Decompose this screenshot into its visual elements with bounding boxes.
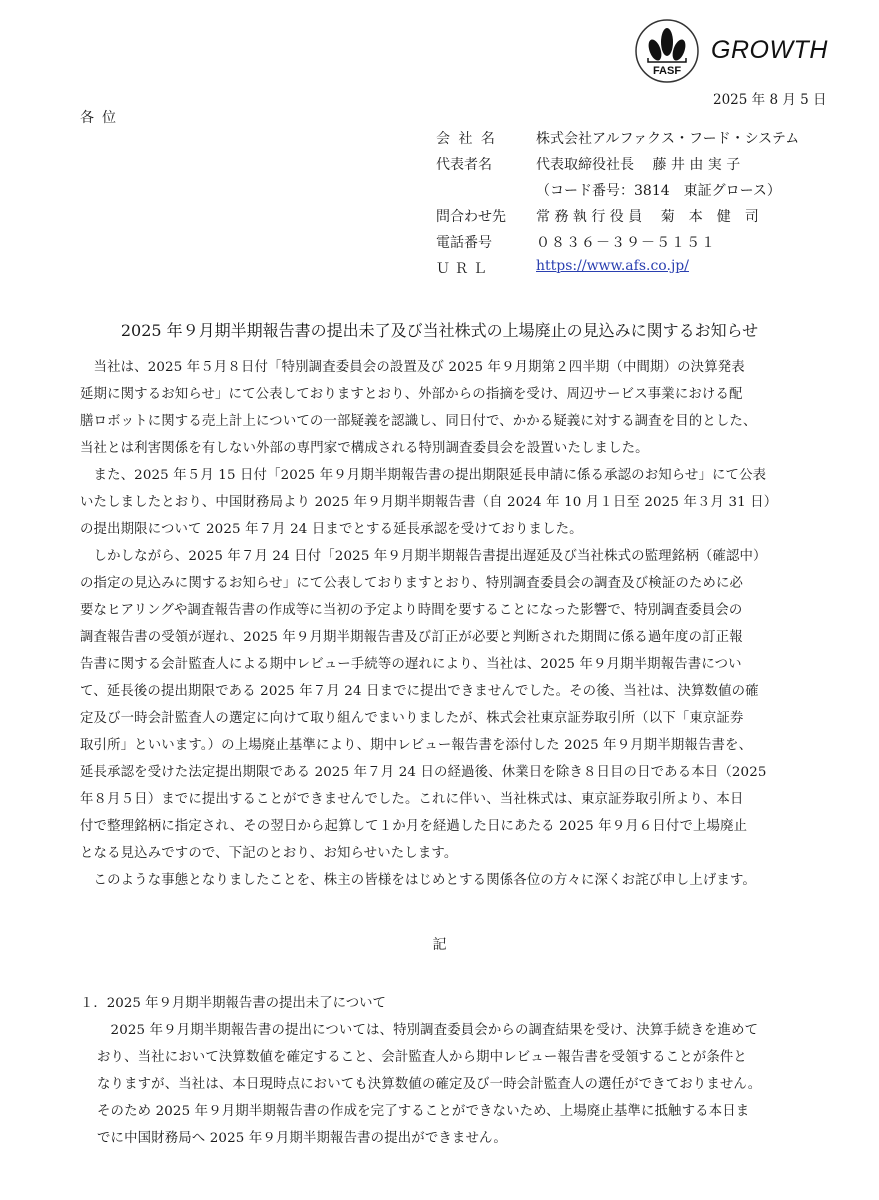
- phone-number: ０８３６－３９－５１５１: [536, 232, 716, 252]
- section-line: そのため 2025 年９月期半期報告書の作成を完了することができないため、上場廃…: [97, 1100, 749, 1119]
- info-label: 代表者名: [436, 154, 526, 174]
- company-url-link[interactable]: https://www.afs.co.jp/: [536, 258, 689, 274]
- document-date: 2025 年 8 月 5 日: [713, 88, 827, 108]
- body-line: 膳ロボットに関する売上計上についての一部疑義を認識し、同日付で、かかる疑義に対す…: [80, 410, 757, 429]
- company-name: 株式会社アルファクス・フード・システム: [536, 128, 799, 148]
- body-line: 年８月５日）までに提出することができませんでした。これに伴い、当社株式は、東京証…: [80, 788, 744, 807]
- body-line: 延期に関するお知らせ」にて公表しておりますとおり、外部からの指摘を受け、周辺サー…: [80, 383, 743, 402]
- document-title: 2025 年９月期半期報告書の提出未了及び当社株式の上場廃止の見込みに関するお知…: [0, 318, 879, 341]
- body-line: いたしましたとおり、中国財務局より 2025 年９月期半期報告書（自 2024 …: [80, 491, 777, 510]
- section-line: おり、当社において決算数値を確定すること、会計監査人から期中レビュー報告書を受領…: [97, 1046, 747, 1065]
- contact-person: 常 務 執 行 役 員 菊 本 健 司: [536, 206, 759, 226]
- market-segment-label: GROWTH: [711, 36, 828, 65]
- ki-marker: 記: [0, 934, 879, 954]
- body-line: 延長承認を受けた法定提出期限である 2025 年７月 24 日の経過後、休業日を…: [80, 761, 767, 780]
- body-line: 調査報告書の受領が遅れ、2025 年９月期半期報告書及び訂正が必要と判断された期…: [80, 626, 743, 645]
- section-heading: １．2025 年９月期半期報告書の提出未了について: [80, 992, 386, 1011]
- representative-name: 代表取締役社長 藤 井 由 実 子: [536, 154, 740, 174]
- addressee: 各位: [80, 107, 124, 127]
- section-line: 2025 年９月期半期報告書の提出については、特別調査委員会からの調査結果を受け…: [97, 1019, 758, 1038]
- section-line: なりますが、当社は、本日現時点においても決算数値の確定及び一時会計監査人の選任が…: [97, 1073, 761, 1092]
- info-label: 問合わせ先: [436, 206, 526, 226]
- svg-text:FASF: FASF: [653, 65, 681, 77]
- info-label: 電話番号: [436, 232, 526, 252]
- body-line: また、2025 年５月 15 日付「2025 年９月期半期報告書の提出期限延長申…: [80, 464, 766, 483]
- body-line: 要なヒアリングや調査報告書の作成等に当初の予定より時間を要することになった影響で…: [80, 599, 742, 618]
- body-line: の提出期限について 2025 年７月 24 日までとする延長承認を受けておりまし…: [80, 518, 583, 537]
- body-line: の指定の見込みに関するお知らせ」にて公表しておりますとおり、特別調査委員会の調査…: [80, 572, 743, 591]
- info-label: Ｕ Ｒ Ｌ: [436, 258, 526, 278]
- body-line: 定及び一時会計監査人の選定に向けて取り組んでまいりましたが、株式会社東京証券取引…: [80, 707, 744, 726]
- body-line: 当社は、2025 年５月８日付「特別調査委員会の設置及び 2025 年９月期第２…: [80, 356, 745, 375]
- body-line: て、延長後の提出期限である 2025 年７月 24 日までに提出できませんでした…: [80, 680, 759, 699]
- body-line: 告書に関する会計監査人による期中レビュー手続等の遅れにより、当社は、2025 年…: [80, 653, 742, 672]
- body-line: 当社とは利害関係を有しない外部の専門家で構成される特別調査委員会を設置いたしまし…: [80, 437, 649, 456]
- body-line: となる見込みですので、下記のとおり、お知らせいたします。: [80, 842, 457, 861]
- body-line: 取引所」といいます。）の上場廃止基準により、期中レビュー報告書を添付した 202…: [80, 734, 752, 753]
- body-line: しかしながら、2025 年７月 24 日付「2025 年９月期半期報告書提出遅延…: [80, 545, 767, 564]
- section-line: でに中国財務局へ 2025 年９月期半期報告書の提出ができません。: [97, 1127, 507, 1146]
- stock-code: （コード番号：3814 東証グロース）: [536, 180, 781, 200]
- body-line: このような事態となりましたことを、株主の皆様をはじめとする関係各位の方々に深くお…: [80, 869, 756, 888]
- fasf-logo-icon: FASF: [634, 18, 700, 84]
- info-label: 会 社 名: [436, 128, 526, 148]
- body-line: 付で整理銘柄に指定され、その翌日から起算して１か月を経過した日にあたる 2025…: [80, 815, 747, 834]
